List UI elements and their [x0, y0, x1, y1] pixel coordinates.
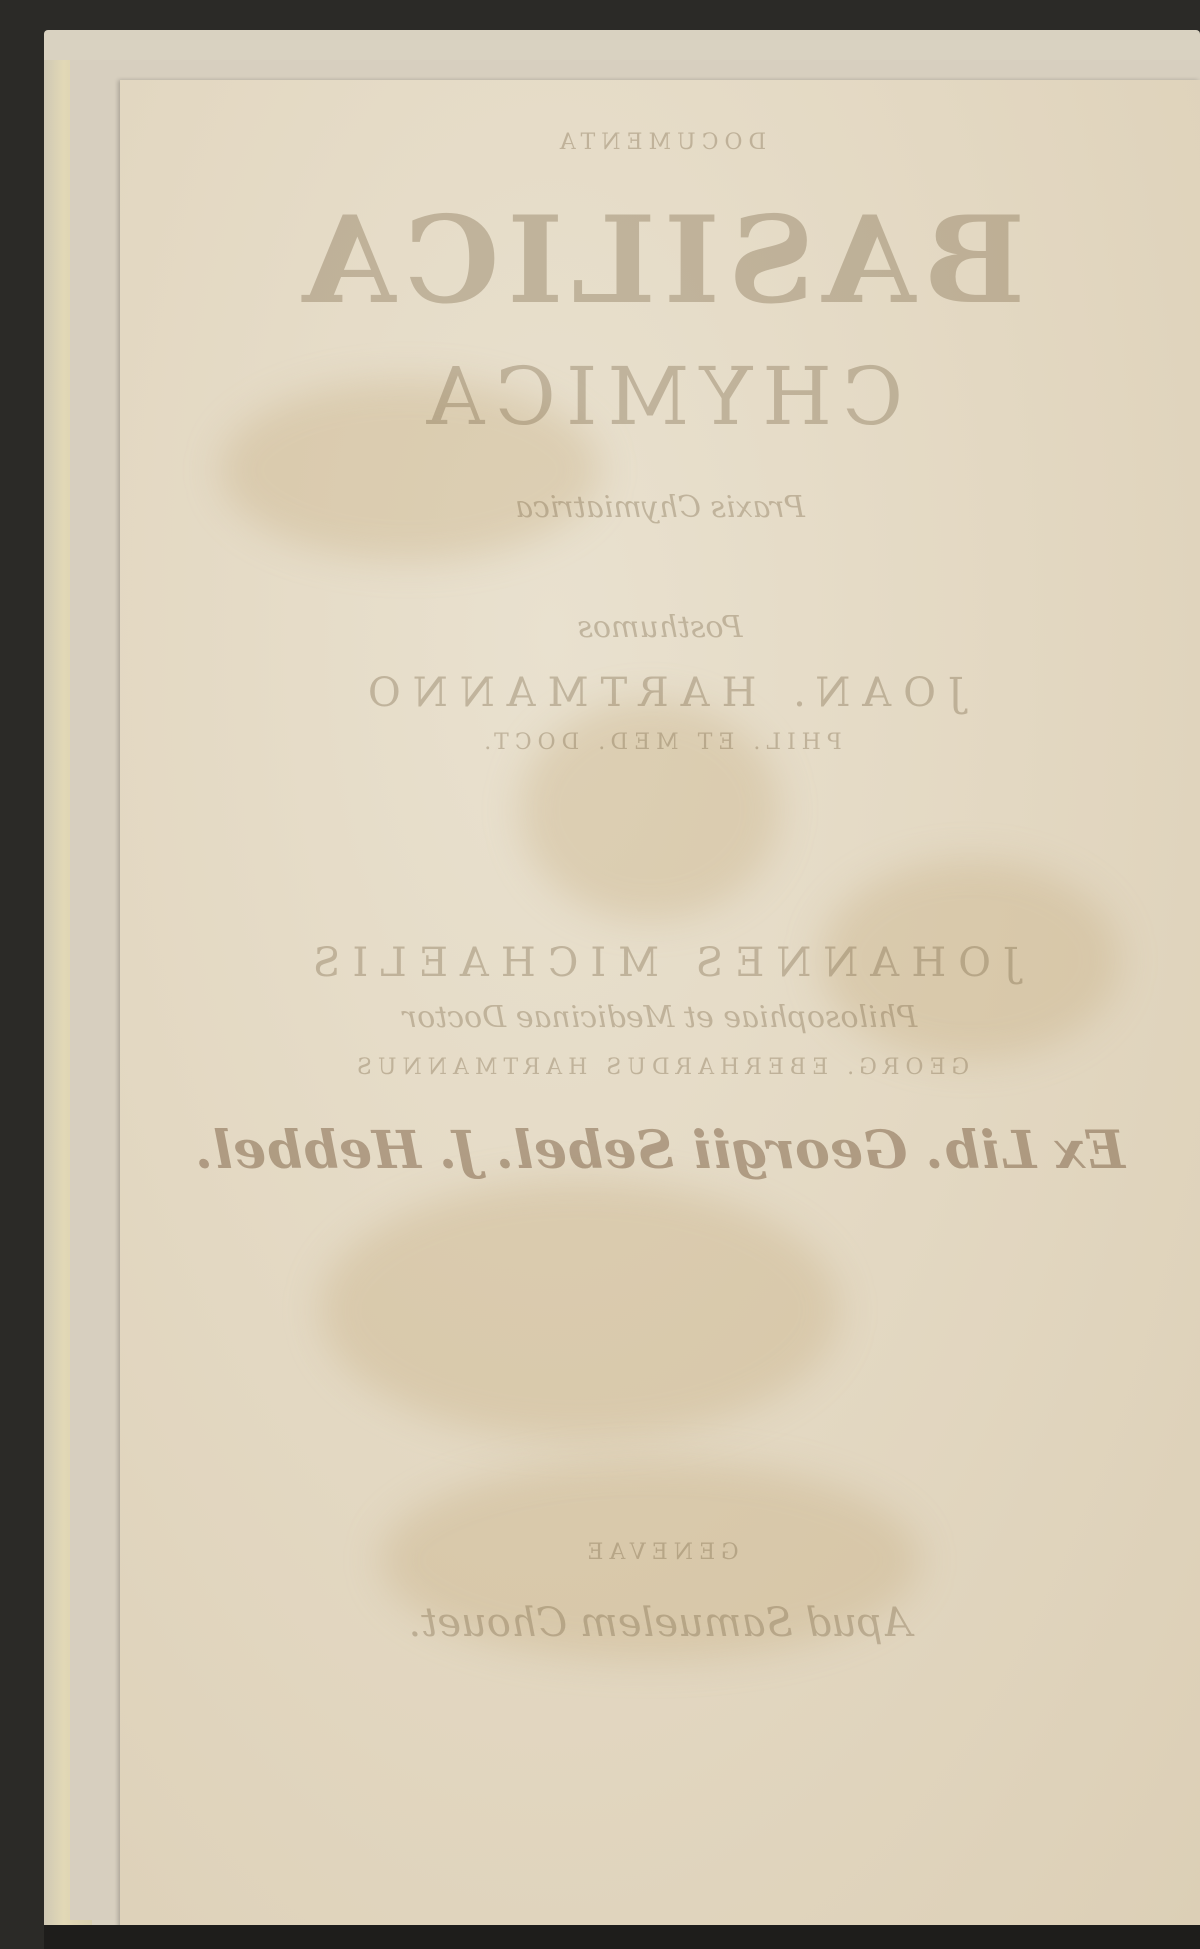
text-line: CHYMICA: [120, 350, 1200, 443]
text-line: Apud Samuelem Chouet.: [120, 1600, 1200, 1646]
text-line: JOAN. HARTMANNO: [120, 670, 1200, 716]
mirrored-text-block: DOCUMENTA BASILICA CHYMICA Praxis Chymia…: [120, 80, 1200, 1930]
text-line: BASILICA: [120, 190, 1200, 331]
text-line: Philosophiae et Medicinae Doctor: [120, 1000, 1200, 1035]
text-line: PHIL. ET MED. DOCT.: [120, 730, 1200, 755]
text-line: DOCUMENTA: [120, 130, 1200, 155]
background-edge: [44, 1925, 1200, 1949]
text-line: Posthumos: [120, 610, 1200, 645]
text-line: GEORG. EBERHARDUS HARTMANNUS: [120, 1055, 1200, 1080]
title-page: DOCUMENTA BASILICA CHYMICA Praxis Chymia…: [120, 80, 1200, 1930]
text-line: GENEVAE: [120, 1540, 1200, 1565]
text-line: Praxis Chymiatrica: [120, 490, 1200, 525]
text-line: JOHANNES MICHAELIS: [120, 940, 1200, 986]
handwritten-inscription: Ex Lib. Georgii Sebel. J. Hebbel.: [120, 1120, 1200, 1181]
